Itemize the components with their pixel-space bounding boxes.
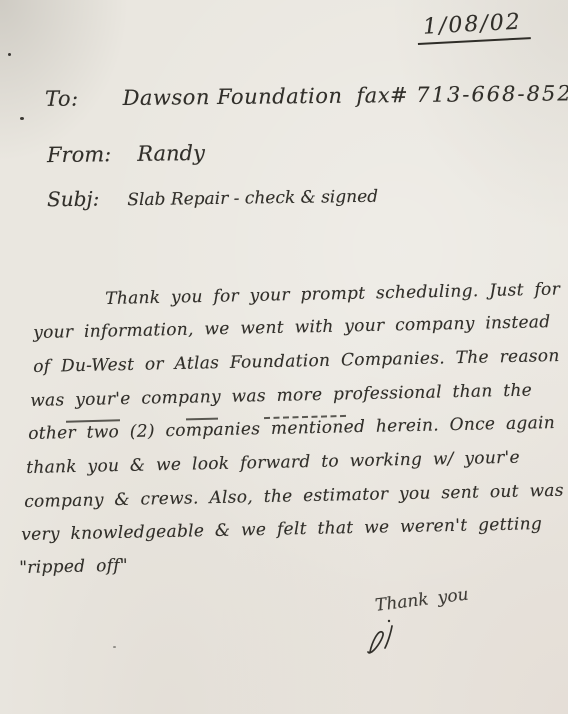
ink-speck <box>20 117 24 120</box>
body-line: your information, we went with your comp… <box>33 312 551 343</box>
date: 1/08/02 <box>416 9 530 45</box>
from-label: From: <box>47 142 112 167</box>
signature-scribble-icon <box>358 612 442 664</box>
body-line: of Du-West or Atlas Foundation Companies… <box>33 346 560 377</box>
subject-line: Subj: Slab Repair - check & signed <box>47 183 378 212</box>
body-line: very knowledgeable & we felt that we wer… <box>21 514 542 545</box>
from-value: Randy <box>137 141 205 166</box>
subject-value: Slab Repair - check & signed <box>127 187 378 210</box>
fax-number: 713-668-8521 <box>416 81 568 107</box>
to-label: To: <box>45 86 79 110</box>
to-value: Dawson Foundation <box>122 84 342 110</box>
from-line: From: Randy <box>47 141 205 167</box>
letter-page: 1/08/02 To: Dawson Foundation fax# 713-6… <box>0 0 568 714</box>
body-line: thank you & we look forward to working w… <box>26 448 520 478</box>
ink-speck <box>113 646 116 648</box>
subject-label: Subj: <box>47 187 100 212</box>
ink-speck <box>8 53 11 56</box>
body-line: "ripped off" <box>19 556 128 578</box>
body-line: company & crews. Also, the estimator you… <box>24 481 564 512</box>
body-line: Thank you for your prompt scheduling. Ju… <box>105 279 560 309</box>
fax-label: fax# <box>356 83 408 108</box>
to-line: To: Dawson Foundation fax# 713-668-8521 <box>45 81 568 111</box>
body-line: was your'e company was more professional… <box>30 380 532 411</box>
